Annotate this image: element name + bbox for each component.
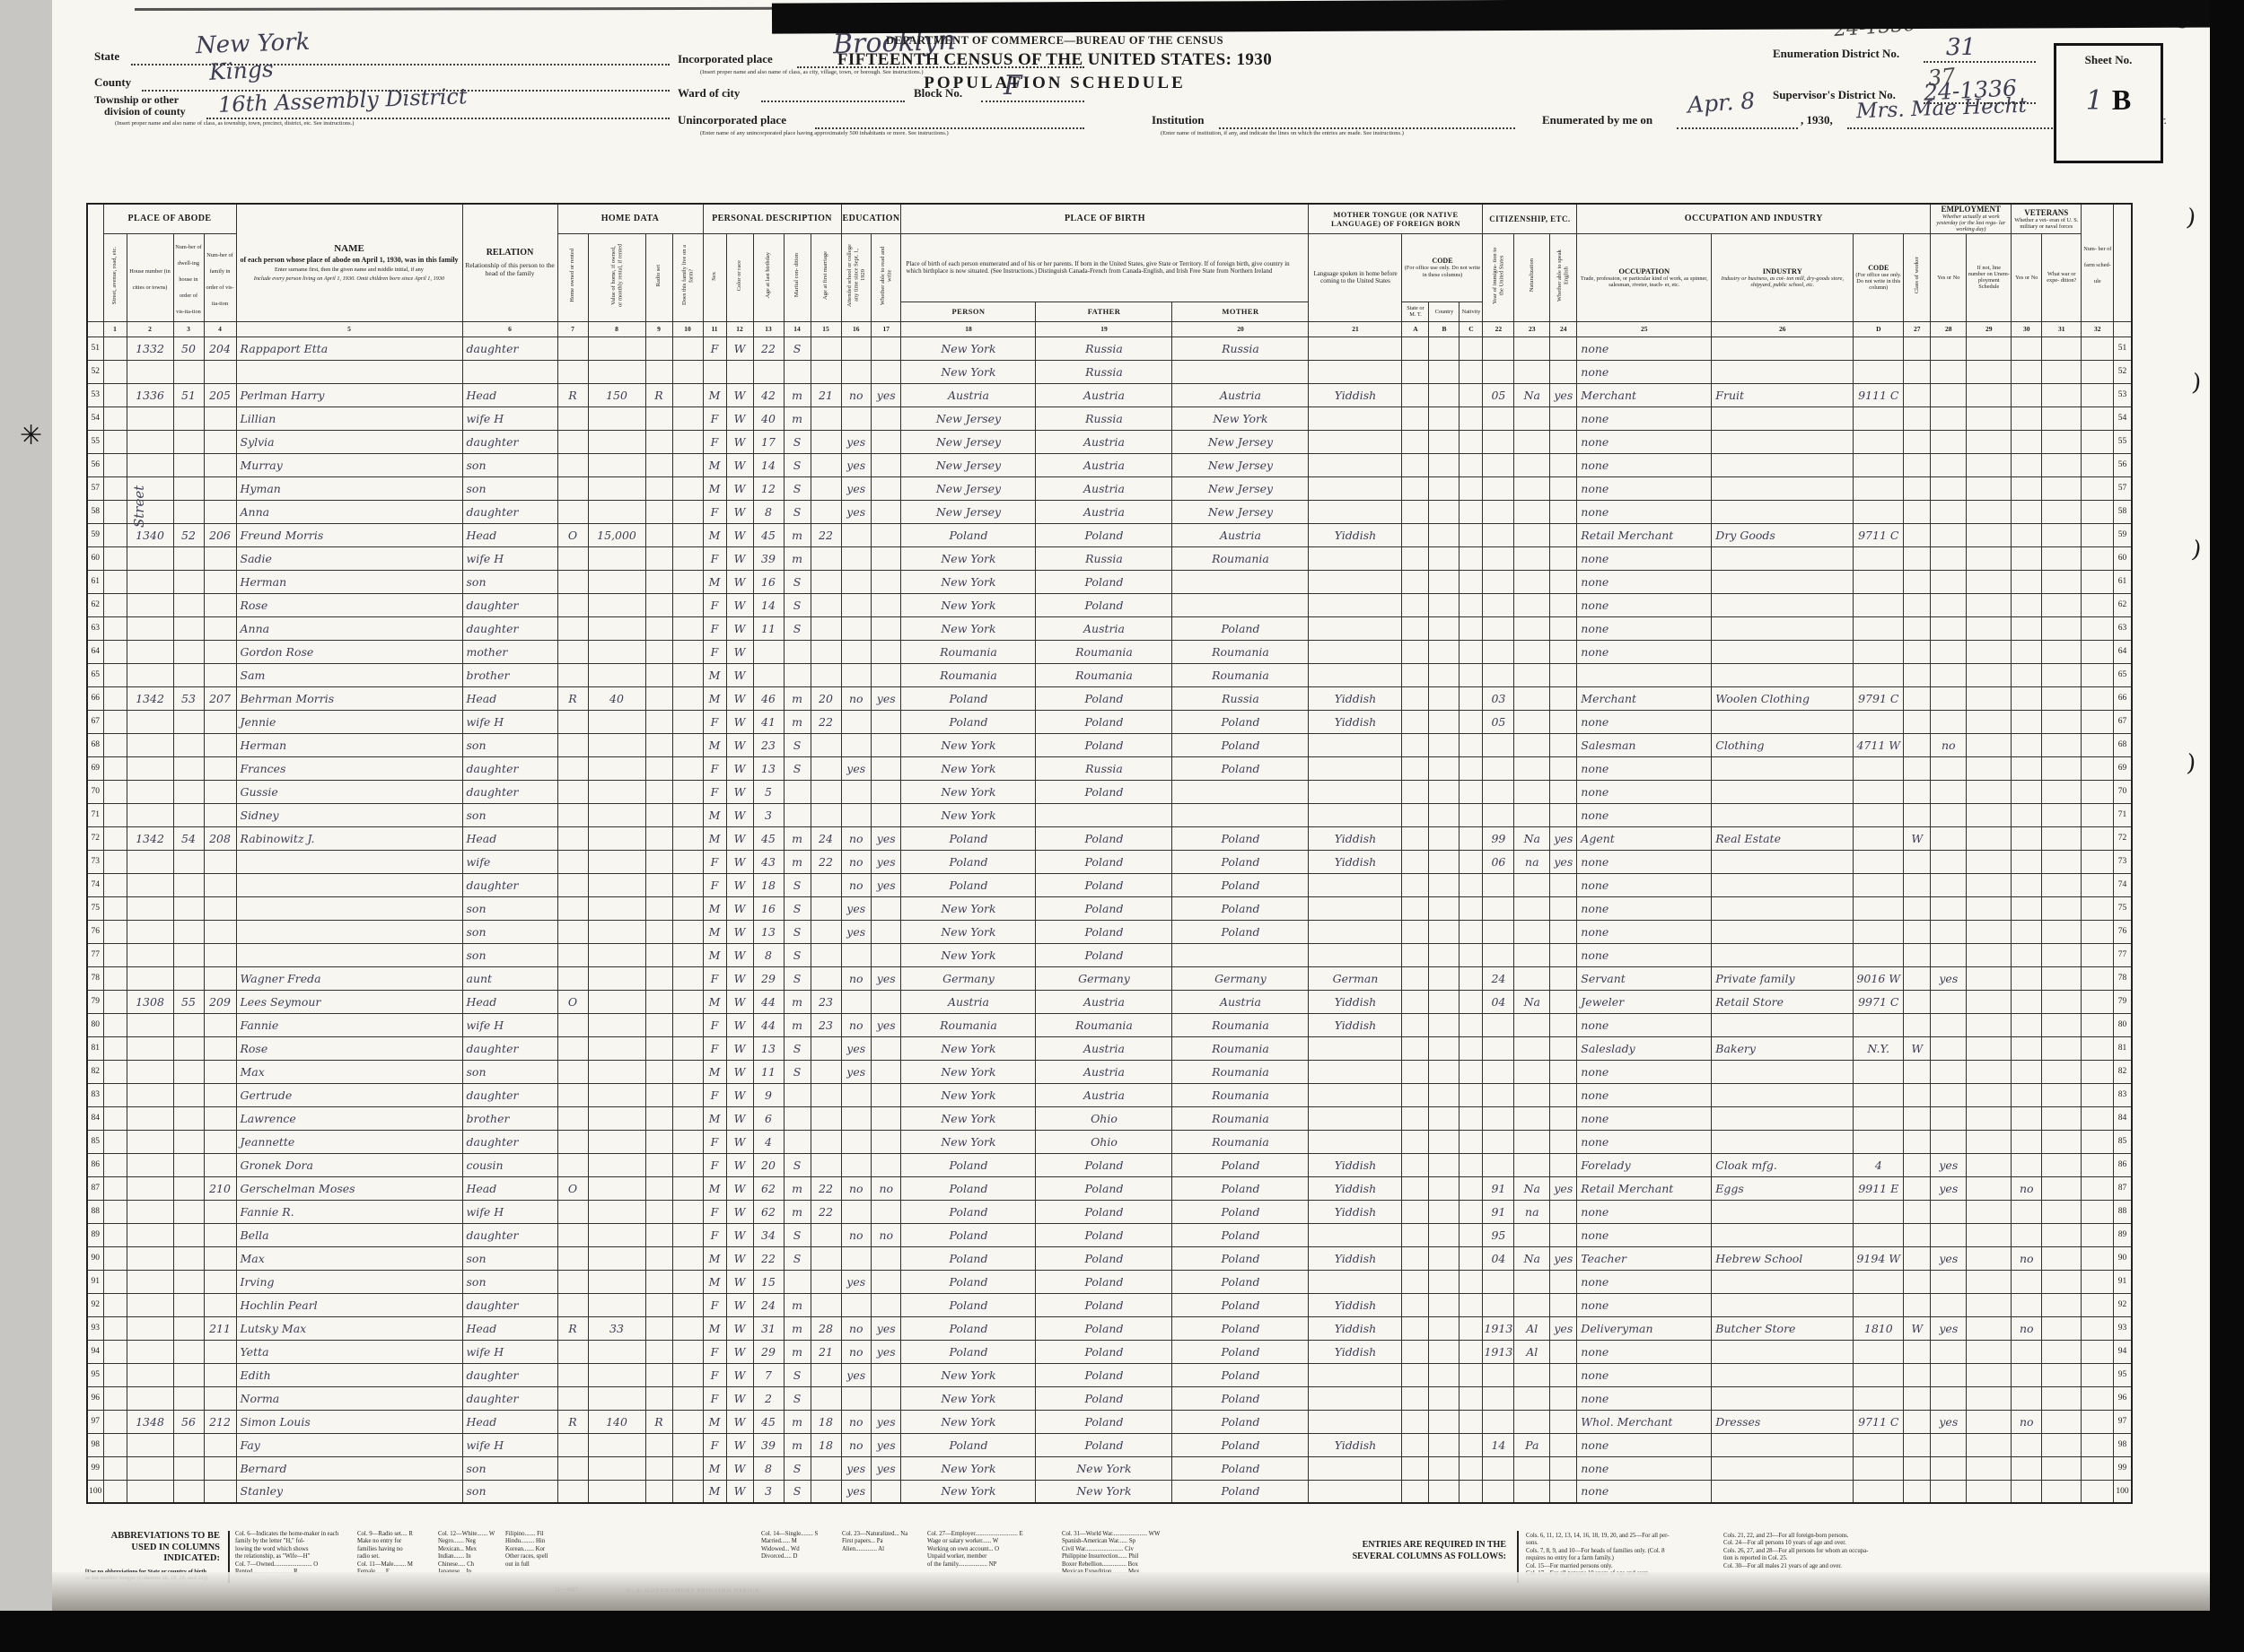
cell-cc <box>1459 1130 1483 1153</box>
cell-cb <box>1429 430 1459 453</box>
vet-yes-col-header: Yes or No <box>2012 233 2042 321</box>
cell-mb: Poland <box>1172 1410 1309 1433</box>
cell-sc: yes <box>841 756 871 780</box>
cell-rl: son <box>462 896 557 920</box>
cell-hn <box>127 896 173 920</box>
line-number-cell: 93 <box>2114 1316 2132 1340</box>
cell-cr: W <box>726 500 753 523</box>
cell-dw <box>173 1130 204 1153</box>
cell-mb <box>1172 803 1309 826</box>
cell-rl: wife H <box>462 1433 557 1456</box>
cell-mc <box>784 780 811 803</box>
cell-nm: Norma <box>236 1386 462 1410</box>
cell-vw <box>2042 1340 2082 1363</box>
cell-am <box>811 500 841 523</box>
cell-pb: New York <box>901 546 1036 570</box>
cell-am <box>811 1106 841 1130</box>
abbreviations-title: ABBREVIATIONS TO BE USED IN COLUMNS INDI… <box>85 1531 220 1565</box>
cell-sc <box>841 710 871 733</box>
cell-sx: M <box>703 1410 726 1433</box>
cell-na: Na <box>1514 1246 1550 1270</box>
cell-fa <box>672 640 703 663</box>
employment-title: EMPLOYMENT <box>1932 205 2010 214</box>
cell-fa <box>672 1433 703 1456</box>
cell-sc: yes <box>841 1036 871 1060</box>
cell-mb: Poland <box>1172 1223 1309 1246</box>
code-a-col-header: State or M. T. <box>1402 302 1429 321</box>
cell-fs <box>2082 453 2114 476</box>
cell-lg <box>1309 803 1402 826</box>
cell-rd <box>645 640 672 663</box>
cell-dw <box>173 780 204 803</box>
cell-fm <box>204 406 236 430</box>
cell-mb: Russia <box>1172 337 1309 360</box>
line-number-cell: 79 <box>2114 990 2132 1013</box>
cell-am: 21 <box>811 383 841 406</box>
cell-st <box>103 523 127 546</box>
cell-pb: New York <box>901 1363 1036 1386</box>
line-number-cell: 79 <box>87 990 103 1013</box>
cell-cd <box>1854 640 1904 663</box>
cell-sx: F <box>703 873 726 896</box>
cell-ey <box>1931 896 1967 920</box>
cell-mc <box>784 1130 811 1153</box>
cell-fs <box>2082 1013 2114 1036</box>
cell-cw <box>1904 850 1931 873</box>
cell-nm: Sam <box>236 663 462 686</box>
naturalization-col-header: Naturalization <box>1514 233 1550 321</box>
cell-sc <box>841 803 871 826</box>
cell-ag: 4 <box>753 1130 784 1153</box>
cell-nm: Hochlin Pearl <box>236 1293 462 1316</box>
cell-im: 24 <box>1483 966 1514 990</box>
line-number-cell: 69 <box>87 756 103 780</box>
cell-fm <box>204 733 236 756</box>
cell-sc: no <box>841 1176 871 1200</box>
table-row: 61HermansonMW16SNew YorkPolandnone61 <box>87 570 2132 593</box>
cell-fb: Poland <box>1036 1153 1172 1176</box>
cell-cd: 9016 W <box>1854 966 1904 990</box>
cell-sc: no <box>841 1223 871 1246</box>
cell-mc <box>784 640 811 663</box>
cell-cd <box>1854 850 1904 873</box>
cell-nm: Simon Louis <box>236 1410 462 1433</box>
table-row: 74daughterFW18SnoyesPolandPolandPolandno… <box>87 873 2132 896</box>
cell-fs <box>2082 337 2114 360</box>
cell-vl <box>588 1386 645 1410</box>
cell-oc: Merchant <box>1577 383 1712 406</box>
cell-im: 06 <box>1483 850 1514 873</box>
line-number-cell: 85 <box>2114 1130 2132 1153</box>
cell-el <box>1967 1386 2012 1410</box>
cell-sc <box>841 640 871 663</box>
cell-en <box>1550 920 1577 943</box>
cell-st <box>103 663 127 686</box>
cell-ca <box>1402 640 1429 663</box>
cell-cd <box>1854 710 1904 733</box>
cell-am <box>811 640 841 663</box>
cell-fa <box>672 1106 703 1130</box>
cell-in <box>1712 360 1854 383</box>
cell-cc <box>1459 337 1483 360</box>
cell-sc: yes <box>841 1270 871 1293</box>
cell-in <box>1712 337 1854 360</box>
cell-ow <box>557 1293 588 1316</box>
table-row: 99BernardsonMW8SyesyesNew YorkNew YorkPo… <box>87 1456 2132 1480</box>
cell-vl <box>588 546 645 570</box>
cell-mc: S <box>784 570 811 593</box>
cell-mc: S <box>784 430 811 453</box>
cell-rl: daughter <box>462 1130 557 1153</box>
occ-code-title: CODE <box>1854 264 1902 272</box>
cell-ow <box>557 1036 588 1060</box>
cell-cw <box>1904 616 1931 640</box>
cell-vw <box>2042 850 2082 873</box>
cell-cw <box>1904 873 1931 896</box>
cell-oc: none <box>1577 850 1712 873</box>
cell-sx: F <box>703 710 726 733</box>
cell-cc <box>1459 710 1483 733</box>
code-header: CODE (For office use only. Do not write … <box>1402 233 1483 302</box>
cell-oc: Salesman <box>1577 733 1712 756</box>
cell-st <box>103 1060 127 1083</box>
cell-rl: daughter <box>462 1036 557 1060</box>
cell-oc: none <box>1577 640 1712 663</box>
cell-mb: New Jersey <box>1172 476 1309 500</box>
cell-ag: 3 <box>753 1480 784 1503</box>
cell-sc <box>841 337 871 360</box>
cell-rd <box>645 1060 672 1083</box>
cell-mb: Poland <box>1172 920 1309 943</box>
cell-sc <box>841 1106 871 1130</box>
cell-vl <box>588 873 645 896</box>
column-number: 2 <box>127 321 173 337</box>
cell-cb <box>1429 1340 1459 1363</box>
cell-vy <box>2012 1083 2042 1106</box>
cell-rd <box>645 1106 672 1130</box>
cell-mb: Poland <box>1172 1176 1309 1200</box>
cell-vw <box>2042 756 2082 780</box>
column-number: 25 <box>1577 321 1712 337</box>
cell-in <box>1712 593 1854 616</box>
cell-in <box>1712 896 1854 920</box>
cell-oc: none <box>1577 1433 1712 1456</box>
sheet-number: 1 <box>2086 85 2103 117</box>
department-line: DEPARTMENT OF COMMERCE—BUREAU OF THE CEN… <box>776 34 1333 48</box>
cell-cd <box>1854 1456 1904 1480</box>
read-write-col-header: Whether able to read and write <box>871 233 901 321</box>
cell-ca <box>1402 896 1429 920</box>
cell-mc: S <box>784 873 811 896</box>
cell-ag: 34 <box>753 1223 784 1246</box>
line-number-cell: 59 <box>2114 523 2132 546</box>
citizenship-header: CITIZENSHIP, ETC. <box>1483 204 1577 233</box>
cell-ag: 2 <box>753 1386 784 1410</box>
line-number-cell: 83 <box>87 1083 103 1106</box>
cell-rw <box>871 546 901 570</box>
cell-hn <box>127 663 173 686</box>
cell-cc <box>1459 966 1483 990</box>
line-number-cell: 81 <box>87 1036 103 1060</box>
cell-en: yes <box>1550 1176 1577 1200</box>
column-number: 24 <box>1550 321 1577 337</box>
footer-note-line: Korean....... Kor <box>505 1546 548 1553</box>
cell-na <box>1514 710 1550 733</box>
cell-ow <box>557 593 588 616</box>
cell-rd <box>645 850 672 873</box>
cell-en <box>1550 593 1577 616</box>
cell-cw <box>1904 966 1931 990</box>
cell-cd <box>1854 756 1904 780</box>
cell-rl: daughter <box>462 756 557 780</box>
cell-fb: Austria <box>1036 616 1172 640</box>
cell-vl <box>588 1200 645 1223</box>
cell-in <box>1712 616 1854 640</box>
emp-yes-col-label: Yes or No <box>1932 275 1965 281</box>
cell-pb: New York <box>901 920 1036 943</box>
table-row: 83GertrudedaughterFW9New YorkAustriaRoum… <box>87 1083 2132 1106</box>
column-number: 17 <box>871 321 901 337</box>
cell-ca <box>1402 1316 1429 1340</box>
cell-oc: none <box>1577 500 1712 523</box>
institution-label: Institution <box>1152 113 1205 127</box>
cell-vy <box>2012 663 2042 686</box>
cell-sx: M <box>703 1246 726 1270</box>
cell-nm: Fay <box>236 1433 462 1456</box>
cell-cd <box>1854 500 1904 523</box>
cell-rw <box>871 1106 901 1130</box>
house-number-col-header: House number (in cities or towns) <box>127 233 173 321</box>
cell-rw <box>871 733 901 756</box>
footer-note-line: of the family................... NP <box>927 1561 1023 1569</box>
race-col-header: Color or race <box>726 233 753 321</box>
cell-na <box>1514 1153 1550 1176</box>
cell-fa <box>672 873 703 896</box>
cell-pb: New York <box>901 943 1036 966</box>
cell-im <box>1483 523 1514 546</box>
cell-cb <box>1429 1386 1459 1410</box>
cell-fb: New York <box>1036 1456 1172 1480</box>
cell-st <box>103 1270 127 1293</box>
line-number-header-left <box>87 204 103 321</box>
cell-ag: 29 <box>753 966 784 990</box>
cell-cw <box>1904 1246 1931 1270</box>
cell-en <box>1550 1433 1577 1456</box>
cell-ey <box>1931 337 1967 360</box>
cell-oc: none <box>1577 406 1712 430</box>
cell-ag: 16 <box>753 896 784 920</box>
cell-oc: Retail Merchant <box>1577 523 1712 546</box>
cell-na <box>1514 873 1550 896</box>
cell-nm <box>236 896 462 920</box>
cell-nm: Rose <box>236 593 462 616</box>
cell-ag <box>753 663 784 686</box>
cell-ag: 11 <box>753 616 784 640</box>
cell-cd: 4 <box>1854 1153 1904 1176</box>
cell-hn <box>127 1363 173 1386</box>
ed-label: Enumeration District No. <box>1773 47 1899 61</box>
cell-oc: Deliveryman <box>1577 1316 1712 1340</box>
cell-lg <box>1309 943 1402 966</box>
cell-vy <box>2012 826 2042 850</box>
cell-sx: F <box>703 500 726 523</box>
cell-ey <box>1931 826 1967 850</box>
cell-ca <box>1402 1060 1429 1083</box>
cell-cr: W <box>726 1083 753 1106</box>
cell-rd <box>645 710 672 733</box>
cell-pb: New York <box>901 1036 1036 1060</box>
cell-nm: Rose <box>236 1036 462 1060</box>
cell-cc <box>1459 1480 1483 1503</box>
cell-nm: Behrman Morris <box>236 686 462 710</box>
cell-sc: no <box>841 850 871 873</box>
cell-vl <box>588 1153 645 1176</box>
cell-vw <box>2042 1036 2082 1060</box>
cell-fm <box>204 873 236 896</box>
cell-ey <box>1931 1083 1967 1106</box>
cell-vw <box>2042 966 2082 990</box>
code-c-col-header: Nativity <box>1459 302 1483 321</box>
line-number-cell: 57 <box>2114 476 2132 500</box>
cell-st <box>103 1200 127 1223</box>
footer-note-line: Col. 24—For all persons 10 years of age … <box>1723 1540 1868 1547</box>
cell-dw: 54 <box>173 826 204 850</box>
cell-mb: New York <box>1172 406 1309 430</box>
cell-cb <box>1429 476 1459 500</box>
cell-en <box>1550 686 1577 710</box>
cell-mc: S <box>784 593 811 616</box>
cell-ey: yes <box>1931 1176 1967 1200</box>
cell-na <box>1514 1060 1550 1083</box>
cell-rw <box>871 1130 901 1153</box>
footer-note-line: out in full <box>505 1561 548 1569</box>
cell-cc <box>1459 570 1483 593</box>
line-number-cell: 99 <box>2114 1456 2132 1480</box>
cell-rl: cousin <box>462 1153 557 1176</box>
cell-cw <box>1904 1410 1931 1433</box>
cell-cb <box>1429 663 1459 686</box>
cell-mb: Roumania <box>1172 1130 1309 1153</box>
cell-im: 03 <box>1483 686 1514 710</box>
cell-in: Woolen Clothing <box>1712 686 1854 710</box>
cell-lg <box>1309 546 1402 570</box>
cell-cd <box>1854 430 1904 453</box>
cell-nm: Anna <box>236 616 462 640</box>
cell-pb: New Jersey <box>901 406 1036 430</box>
cell-rd <box>645 873 672 896</box>
cell-vy <box>2012 383 2042 406</box>
cell-cr: W <box>726 1340 753 1363</box>
cell-fa <box>672 453 703 476</box>
cell-cb <box>1429 616 1459 640</box>
cell-cr: W <box>726 1200 753 1223</box>
cell-rl: Head <box>462 826 557 850</box>
cell-sx: M <box>703 990 726 1013</box>
cell-dw <box>173 756 204 780</box>
cell-ey <box>1931 406 1967 430</box>
line-number-cell: 51 <box>2114 337 2132 360</box>
cell-im <box>1483 430 1514 453</box>
cell-oc: Retail Merchant <box>1577 1176 1712 1200</box>
cell-im <box>1483 873 1514 896</box>
cell-cc <box>1459 990 1483 1013</box>
cell-hn <box>127 1106 173 1130</box>
cell-ag: 17 <box>753 430 784 453</box>
cell-mc <box>784 360 811 383</box>
cell-nm: Anna <box>236 500 462 523</box>
table-row: 72134254208Rabinowitz J.HeadMW45m24noyes… <box>87 826 2132 850</box>
cell-cb <box>1429 593 1459 616</box>
cell-hn <box>127 1083 173 1106</box>
cell-fa <box>672 943 703 966</box>
schedule-subtitle: POPULATION SCHEDULE <box>776 74 1333 93</box>
table-row: 67Jenniewife HFW41m22PolandPolandPolandY… <box>87 710 2132 733</box>
cell-cc <box>1459 383 1483 406</box>
cell-rw <box>871 430 901 453</box>
cell-el <box>1967 826 2012 850</box>
cell-fa <box>672 896 703 920</box>
cell-cw <box>1904 383 1931 406</box>
cell-cw <box>1904 1480 1931 1503</box>
line-number-cell: 97 <box>2114 1410 2132 1433</box>
cell-oc: none <box>1577 1223 1712 1246</box>
cell-rw: yes <box>871 966 901 990</box>
line-number-cell: 80 <box>2114 1013 2132 1036</box>
dwelling-col-header: Num-ber of dwell-ing house in order of v… <box>173 233 204 321</box>
cell-cr: W <box>726 640 753 663</box>
line-number-cell: 86 <box>2114 1153 2132 1176</box>
cell-hn <box>127 920 173 943</box>
cell-cw <box>1904 1153 1931 1176</box>
cell-oc: none <box>1577 1200 1712 1223</box>
sheet-label: Sheet No. <box>2056 53 2161 67</box>
cell-im <box>1483 780 1514 803</box>
cell-rw: yes <box>871 1410 901 1433</box>
cell-cb <box>1429 780 1459 803</box>
cell-rl: wife <box>462 850 557 873</box>
cell-fm <box>204 780 236 803</box>
cell-vy <box>2012 1433 2042 1456</box>
cell-lg: Yiddish <box>1309 383 1402 406</box>
entries-right-block: Cols. 21, 22, and 23—For all foreign-bor… <box>1723 1533 1868 1570</box>
cell-rw <box>871 943 901 966</box>
cell-vl <box>588 1270 645 1293</box>
cell-rl: son <box>462 1246 557 1270</box>
cell-cc <box>1459 803 1483 826</box>
cell-rw <box>871 1060 901 1083</box>
cell-vl <box>588 896 645 920</box>
cell-ag: 39 <box>753 546 784 570</box>
cell-pb: New York <box>901 1456 1036 1480</box>
cell-lg <box>1309 1060 1402 1083</box>
cell-vl <box>588 593 645 616</box>
line-number-cell: 82 <box>2114 1060 2132 1083</box>
cell-am <box>811 1036 841 1060</box>
cell-ca <box>1402 780 1429 803</box>
cell-mb: Poland <box>1172 1480 1309 1503</box>
cell-hn <box>127 1036 173 1060</box>
cell-in <box>1712 1106 1854 1130</box>
cell-lg <box>1309 756 1402 780</box>
table-row: 76sonMW13SyesNew YorkPolandPolandnone76 <box>87 920 2132 943</box>
cell-vy <box>2012 873 2042 896</box>
cell-rw <box>871 476 901 500</box>
cell-sc <box>841 663 871 686</box>
line-number-cell: 65 <box>2114 663 2132 686</box>
cell-ca <box>1402 1293 1429 1316</box>
cell-cw <box>1904 1433 1931 1456</box>
cell-cd <box>1854 453 1904 476</box>
